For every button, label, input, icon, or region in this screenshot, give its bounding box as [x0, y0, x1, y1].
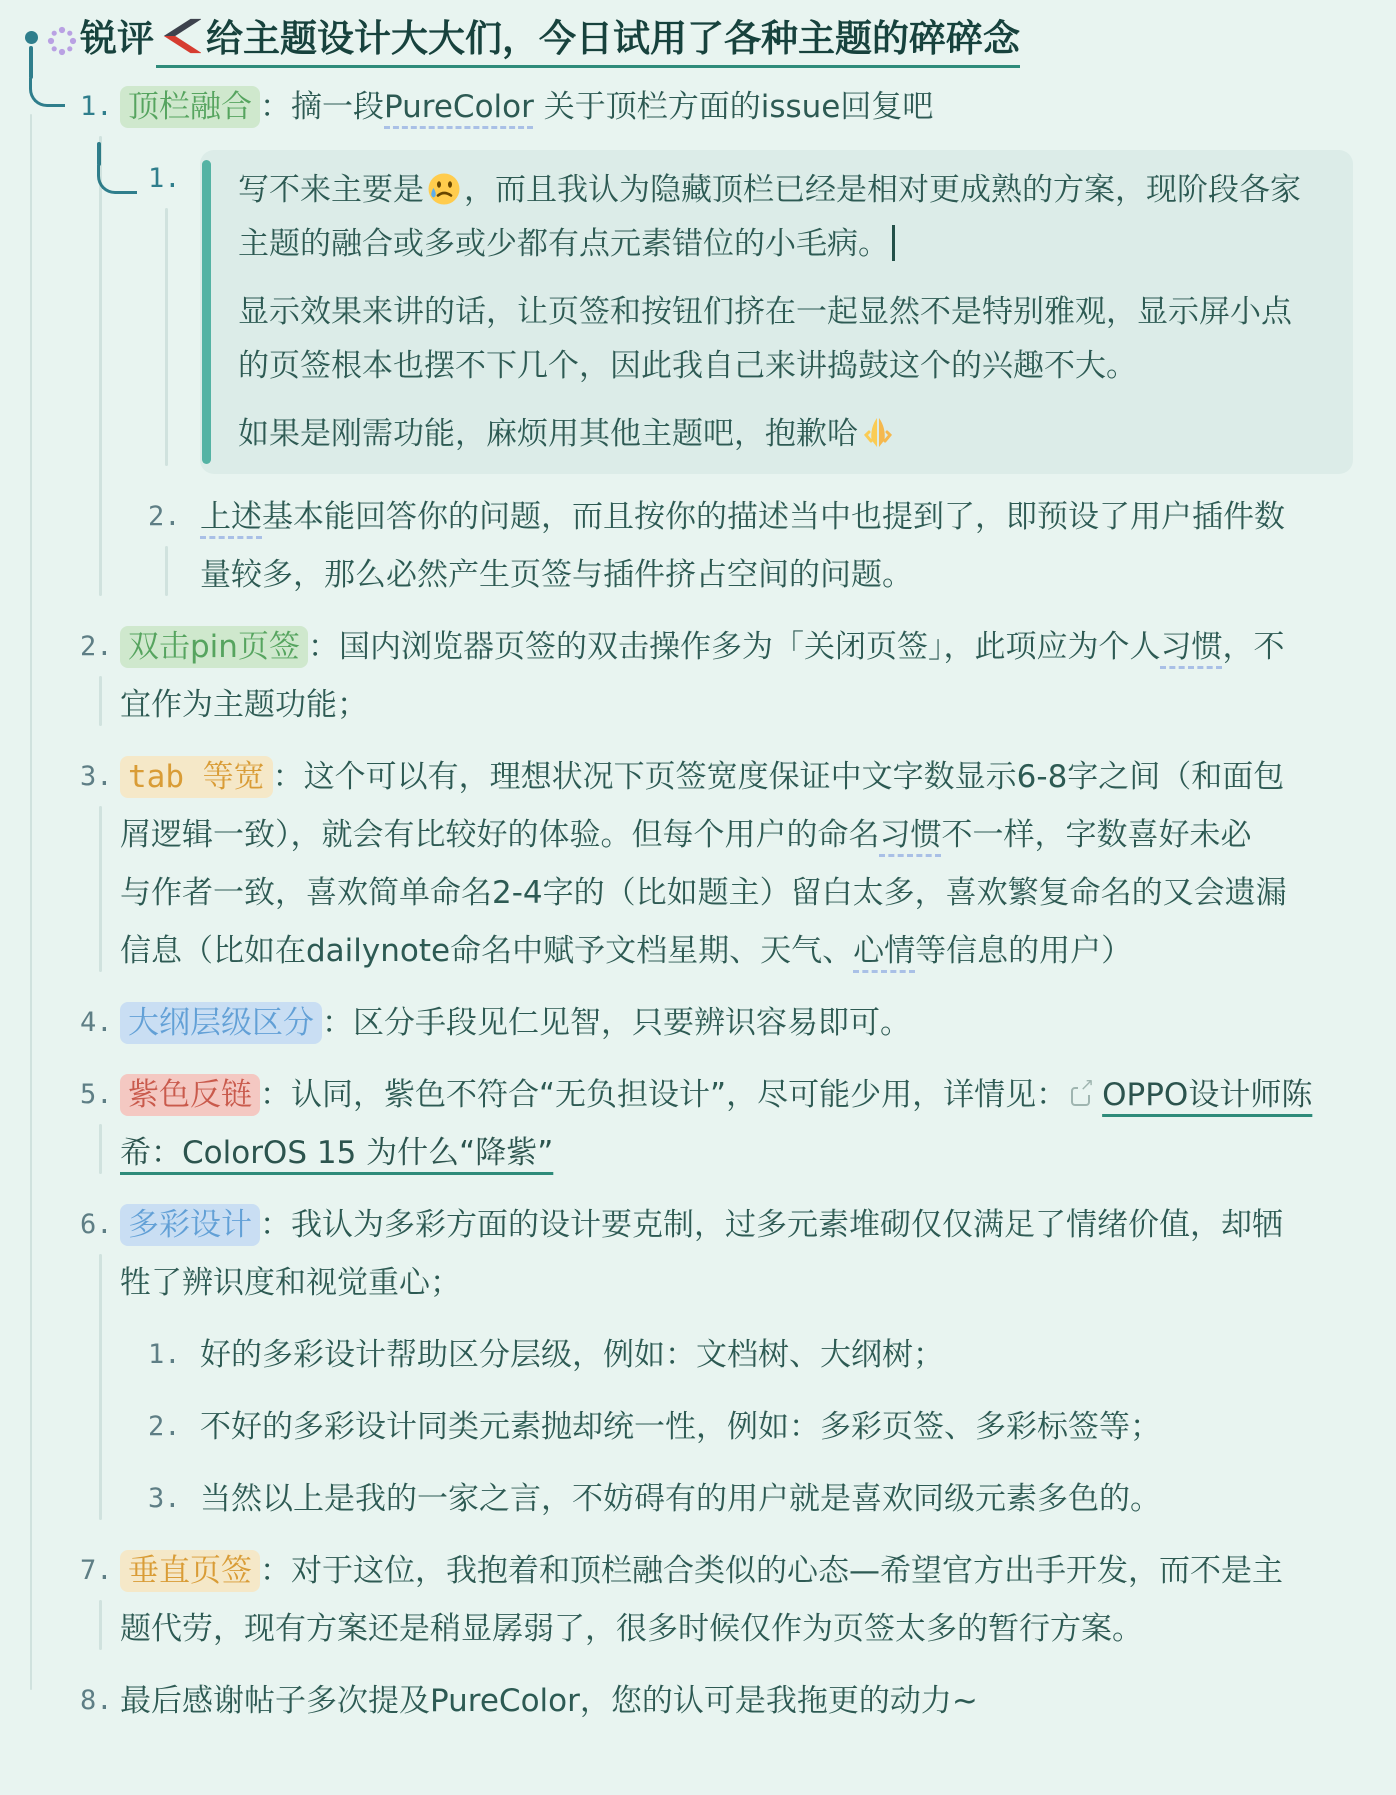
outline: 1.顶栏融合：摘一段PureColor 关于顶栏方面的issue回复吧1.写不来…	[0, 78, 1396, 1730]
emoji-sad-icon	[426, 171, 462, 207]
item-content[interactable]: tab 等宽：这个可以有，理想状况下页签宽度保证中文字数显示6-8字之间（和面包…	[120, 748, 1396, 980]
text-run: 题代劳，现有方案还是稍显孱弱了，很多时候仅作为页签太多的暂行方案。	[120, 1611, 1143, 1647]
item-number[interactable]: 2.	[70, 618, 120, 734]
text-run: 最后感谢帖子多次提及PureColor，您的认可是我拖更的动力~	[120, 1683, 978, 1719]
quote-bar	[202, 160, 211, 464]
item-number[interactable]: 5.	[70, 1066, 120, 1182]
quote-paragraph: 如果是刚需功能，麻烦用其他主题吧，抱歉哈	[238, 407, 1325, 461]
text-run: ：区分手段见仁见智，只要辨识容易即可。	[322, 1005, 911, 1041]
document-page: 锐评 给主题设计大大们，今日试用了各种主题的碎碎念 1.顶栏融合：摘一段Pure…	[0, 0, 1396, 1795]
item-number[interactable]: 1.	[136, 1326, 200, 1384]
highlight-term: 垂直页签	[120, 1550, 260, 1592]
title-prefix: 锐评	[80, 17, 154, 60]
document-guide-line	[30, 114, 33, 1690]
text-run: 的页签根本也摆不下几个，因此我自己来讲捣鼓这个的兴趣不大。	[238, 348, 1137, 384]
text-run: 量较多，那么必然产生页签与插件挤占空间的问题。	[200, 557, 913, 593]
list-item: 1.好的多彩设计帮助区分层级，例如：文档树、大纲树；	[136, 1326, 1396, 1384]
text-run: 与作者一致，喜欢简单命名2-4字的（比如题主）留白太多，喜欢繁复命名的又会遗漏	[120, 875, 1287, 911]
item-content[interactable]: 上述基本能回答你的问题，而且按你的描述当中也提到了，即预设了用户插件数量较多，那…	[200, 488, 1396, 604]
list-item: 5.紫色反链：认同，紫色不符合“无负担设计”，尽可能少用，详情见：OPPO设计师…	[70, 1066, 1396, 1182]
highlight-term: 顶栏融合	[120, 86, 260, 128]
item-content[interactable]: 最后感谢帖子多次提及PureColor，您的认可是我拖更的动力~	[120, 1672, 1396, 1730]
item-content[interactable]: 好的多彩设计帮助区分层级，例如：文档树、大纲树；	[200, 1326, 1396, 1384]
item-number[interactable]: 7.	[70, 1542, 120, 1658]
sub-list: 1.好的多彩设计帮助区分层级，例如：文档树、大纲树；2.不好的多彩设计同类元素抛…	[136, 1326, 1396, 1528]
highlight-term: 紫色反链	[120, 1074, 260, 1116]
text-run: 基本能回答你的问题，而且按你的描述当中也提到了，即预设了用户插件数	[262, 499, 1285, 535]
text-run: ，而且我认为隐藏顶栏已经是相对更成熟的方案，现阶段各家	[464, 172, 1301, 208]
text-run: 不好的多彩设计同类元素抛却统一性，例如：多彩页签、多彩标签等；	[200, 1409, 1161, 1445]
dashed-term: PureColor	[384, 89, 534, 125]
item-number[interactable]: 6.	[70, 1196, 120, 1528]
list-item: 2.双击pin页签：国内浏览器页签的双击操作多为「关闭页签」，此项应为个人习惯，…	[70, 618, 1396, 734]
tree-connector-corner	[29, 78, 65, 107]
text-run: 宜作为主题功能；	[120, 687, 368, 723]
item-number[interactable]: 1.	[136, 150, 200, 474]
text-run: ：这个可以有，理想状况下页签宽度保证中文字数显示6-8字之间（和面包	[273, 759, 1285, 795]
quote-block[interactable]: 写不来主要是，而且我认为隐藏顶栏已经是相对更成熟的方案，现阶段各家主题的融合或多…	[200, 150, 1353, 474]
item-content[interactable]: 当然以上是我的一家之言，不妨碍有的用户就是喜欢同级元素多色的。	[200, 1470, 1396, 1528]
list-item: 2.不好的多彩设计同类元素抛却统一性，例如：多彩页签、多彩标签等；	[136, 1398, 1396, 1456]
text-run: ：我认为多彩方面的设计要克制，过多元素堆砌仅仅满足了情绪价值，却牺	[260, 1207, 1283, 1243]
page-title: 锐评 给主题设计大大们，今日试用了各种主题的碎碎念	[0, 0, 1396, 62]
list-item: 7.垂直页签：对于这位，我抱着和顶栏融合类似的心态—希望官方出手开发，而不是主题…	[70, 1542, 1396, 1658]
text-caret	[892, 225, 895, 261]
text-run: 屑逻辑一致），就会有比较好的体验。但每个用户的命名	[120, 817, 880, 853]
list-item: 1.顶栏融合：摘一段PureColor 关于顶栏方面的issue回复吧1.写不来…	[70, 78, 1396, 604]
highlight-term: 多彩设计	[120, 1204, 260, 1246]
highlight-term: tab 等宽	[120, 756, 273, 798]
text-run: ：摘一段	[260, 89, 384, 125]
dashed-term: 习惯	[880, 817, 942, 853]
item-number[interactable]: 1.	[70, 78, 120, 604]
purple-dots-icon[interactable]	[46, 22, 78, 54]
title-main: 给主题设计大大们，今日试用了各种主题的碎碎念	[206, 17, 1020, 60]
text-run: 主题的融合或多或少都有点元素错位的小毛病。	[238, 226, 889, 262]
text-run: 等信息的用户）	[915, 933, 1132, 969]
text-run: 信息（比如在dailynote命名中赋予文档星期、天气、	[120, 933, 853, 969]
dashed-term: 上述	[200, 499, 262, 535]
item-number[interactable]: 4.	[70, 994, 120, 1052]
list-item: 3.tab 等宽：这个可以有，理想状况下页签宽度保证中文字数显示6-8字之间（和…	[70, 748, 1396, 980]
text-run: 好的多彩设计帮助区分层级，例如：文档树、大纲树；	[200, 1337, 944, 1373]
highlight-term: 双击pin页签	[120, 626, 308, 668]
external-link-icon[interactable]	[1071, 1087, 1090, 1106]
text-run: ：国内浏览器页签的双击操作多为「关闭页签」，此项应为个人	[308, 629, 1161, 665]
item-number[interactable]: 3.	[70, 748, 120, 980]
text-run: 写不来主要是	[238, 172, 424, 208]
text-run: ：对于这位，我抱着和顶栏融合类似的心态—希望官方出手开发，而不是主	[260, 1553, 1283, 1589]
sub-list: 1.写不来主要是，而且我认为隐藏顶栏已经是相对更成熟的方案，现阶段各家主题的融合…	[136, 150, 1396, 604]
list-item: 2.上述基本能回答你的问题，而且按你的描述当中也提到了，即预设了用户插件数量较多…	[136, 488, 1396, 604]
text-run: 不一样，字数喜好未必	[942, 817, 1252, 853]
item-number[interactable]: 2.	[136, 1398, 200, 1456]
list-item: 8.最后感谢帖子多次提及PureColor，您的认可是我拖更的动力~	[70, 1672, 1396, 1730]
text-run: 当然以上是我的一家之言，不妨碍有的用户就是喜欢同级元素多色的。	[200, 1481, 1161, 1517]
highlight-term: 大纲层级区分	[120, 1002, 322, 1044]
text-run: ：认同，紫色不符合“无负担设计”，尽可能少用，详情见：	[260, 1077, 1067, 1113]
list-item: 3.当然以上是我的一家之言，不妨碍有的用户就是喜欢同级元素多色的。	[136, 1470, 1396, 1528]
dashed-term: 心情	[853, 933, 915, 969]
article-link[interactable]: 希：ColorOS 15 为什么“降紫”	[120, 1135, 553, 1171]
item-number[interactable]: 3.	[136, 1470, 200, 1528]
list-item: 1.写不来主要是，而且我认为隐藏顶栏已经是相对更成熟的方案，现阶段各家主题的融合…	[136, 150, 1396, 474]
quote-paragraph: 显示效果来讲的话，让页签和按钮们挤在一起显然不是特别雅观，显示屏小点的页签根本也…	[238, 285, 1325, 393]
item-number[interactable]: 2.	[136, 488, 200, 604]
text-run: 如果是刚需功能，麻烦用其他主题吧，抱歉哈	[238, 416, 858, 452]
item-content[interactable]: 紫色反链：认同，紫色不符合“无负担设计”，尽可能少用，详情见：OPPO设计师陈希…	[120, 1066, 1396, 1182]
text-run: 牲了辨识度和视觉重心；	[120, 1265, 461, 1301]
theme-logo-icon	[159, 14, 201, 58]
text-run: 显示效果来讲的话，让页签和按钮们挤在一起显然不是特别雅观，显示屏小点	[238, 294, 1292, 330]
item-content[interactable]: 顶栏融合：摘一段PureColor 关于顶栏方面的issue回复吧1.写不来主要…	[120, 78, 1396, 604]
quote-paragraph: 写不来主要是，而且我认为隐藏顶栏已经是相对更成熟的方案，现阶段各家主题的融合或多…	[238, 163, 1325, 271]
item-content[interactable]: 大纲层级区分：区分手段见仁见智，只要辨识容易即可。	[120, 994, 1396, 1052]
item-content[interactable]: 多彩设计：我认为多彩方面的设计要克制，过多元素堆砌仅仅满足了情绪价值，却牺牲了辨…	[120, 1196, 1396, 1528]
item-content[interactable]: 写不来主要是，而且我认为隐藏顶栏已经是相对更成熟的方案，现阶段各家主题的融合或多…	[200, 150, 1396, 474]
item-content[interactable]: 双击pin页签：国内浏览器页签的双击操作多为「关闭页签」，此项应为个人习惯，不宜…	[120, 618, 1396, 734]
list-item: 6.多彩设计：我认为多彩方面的设计要克制，过多元素堆砌仅仅满足了情绪价值，却牺牲…	[70, 1196, 1396, 1528]
item-number[interactable]: 8.	[70, 1672, 120, 1730]
text-run: ，不	[1222, 629, 1284, 665]
article-link[interactable]: OPPO设计师陈	[1102, 1077, 1312, 1113]
emoji-pray-icon	[860, 415, 896, 451]
item-content[interactable]: 不好的多彩设计同类元素抛却统一性，例如：多彩页签、多彩标签等；	[200, 1398, 1396, 1456]
title-link[interactable]: 给主题设计大大们，今日试用了各种主题的碎碎念	[156, 17, 1020, 68]
dashed-term: 习惯	[1160, 629, 1222, 665]
item-content[interactable]: 垂直页签：对于这位，我抱着和顶栏融合类似的心态—希望官方出手开发，而不是主题代劳…	[120, 1542, 1396, 1658]
text-run: 关于顶栏方面的issue回复吧	[534, 89, 934, 125]
list-item: 4.大纲层级区分：区分手段见仁见智，只要辨识容易即可。	[70, 994, 1396, 1052]
